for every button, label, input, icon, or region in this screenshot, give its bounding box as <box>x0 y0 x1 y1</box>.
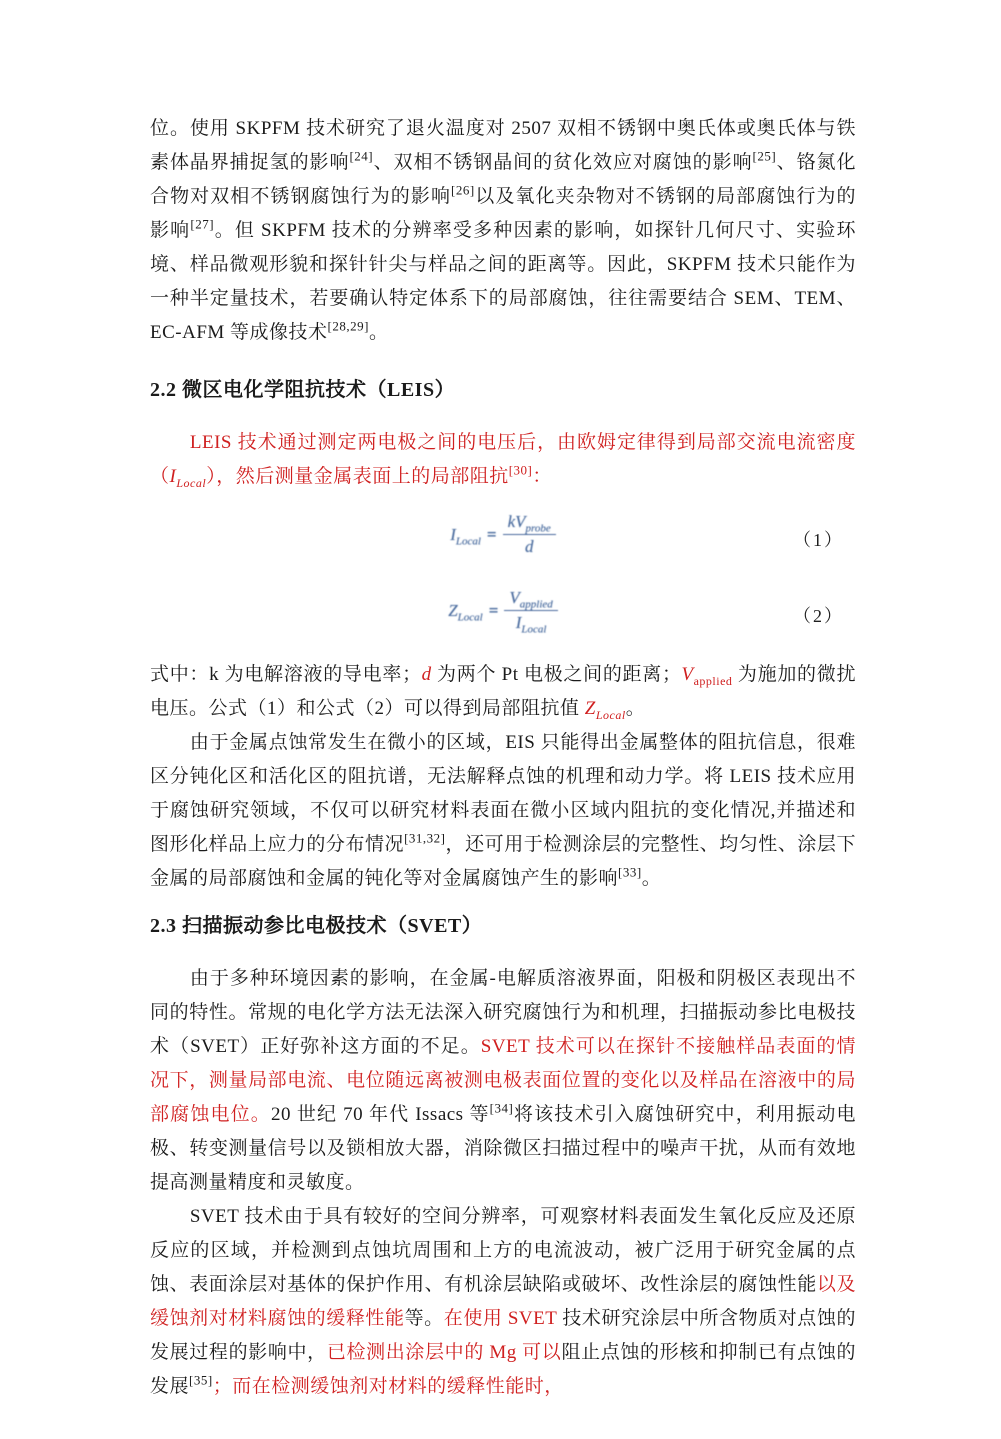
paragraph-skpfm-continuation: 位。使用 SKPFM 技术研究了退火温度对 2507 双相不锈钢中奥氏体或奥氏体… <box>150 112 856 350</box>
text-segment: 。但 SKPFM 技术的分辨率受多种因素的影响，如探针几何尺寸、实验环境、样品微… <box>150 220 856 343</box>
equation-2: ZLocal=VappliedILocal （2） <box>150 582 856 648</box>
equation-1-formula: ILocal=kVprobed <box>450 512 556 557</box>
paragraph-svet-intro: 由于多种环境因素的影响，在金属-电解质溶液界面，阳极和阴极区表现出不同的特性。常… <box>150 962 856 1200</box>
text-segment: SVET 技术由于具有较好的空间分辨率，可观察材料表面发生氧化反应及还原反应的区… <box>150 1206 856 1295</box>
text-segment: Local <box>176 476 206 490</box>
text-segment: V <box>682 664 694 685</box>
text-segment: ）， <box>206 466 236 487</box>
text-segment: 式中：k 为电解溶液的导电率； <box>150 664 422 685</box>
text-segment: 然后测量金属表面上的局部阻抗 <box>236 466 509 487</box>
equation-1-denominator: d <box>503 535 556 557</box>
text-segment: Local <box>596 708 626 722</box>
text-segment: 已检测出涂层中的 Mg 可以 <box>327 1342 562 1363</box>
equation-2-numerator: Vapplied <box>504 588 557 611</box>
text-segment: 。 <box>626 698 646 719</box>
equation-1-numerator: kVprobe <box>503 512 556 535</box>
document-page: 位。使用 SKPFM 技术研究了退火温度对 2507 双相不锈钢中奥氏体或奥氏体… <box>0 0 1001 1439</box>
text-segment: Z <box>585 698 596 719</box>
text-segment: 为两个 Pt 电极之间的距离； <box>432 664 682 685</box>
citation-superscript: [35] <box>189 1373 213 1388</box>
citation-superscript: [30] <box>509 463 533 478</box>
section-heading-2-3-svet: 2.3 扫描振动参比电极技术（SVET） <box>150 912 856 940</box>
equation-2-number: （2） <box>793 602 844 628</box>
section-heading-2-2-leis: 2.2 微区电化学阻抗技术（LEIS） <box>150 376 856 404</box>
citation-superscript: [34] <box>490 1101 514 1116</box>
text-segment: 、双相不锈钢晶间的贫化效应对腐蚀的影响 <box>373 152 752 173</box>
paragraph-leis-application: 由于金属点蚀常发生在微小的区域，EIS 只能得出金属整体的阻抗信息，很难区分钝化… <box>150 726 856 896</box>
equation-2-fraction: VappliedILocal <box>504 588 557 633</box>
paragraph-svet-application: SVET 技术由于具有较好的空间分辨率，可观察材料表面发生氧化反应及还原反应的区… <box>150 1200 856 1404</box>
equation-2-formula: ZLocal=VappliedILocal <box>448 588 558 633</box>
text-column: 位。使用 SKPFM 技术研究了退火温度对 2507 双相不锈钢中奥氏体或奥氏体… <box>150 112 856 1404</box>
text-segment: 。 <box>369 322 389 343</box>
text-segment: 等。 <box>405 1308 444 1329</box>
citation-superscript: [31,32] <box>404 831 445 846</box>
equation-1-fraction: kVprobed <box>503 512 556 557</box>
equation-2-lhs: ZLocal <box>448 601 483 621</box>
text-segment: ： <box>532 466 552 487</box>
text-segment: d <box>422 664 432 685</box>
text-segment: 在使用 SVET <box>444 1308 563 1329</box>
text-segment: 。 <box>642 868 662 889</box>
equals-sign: = <box>483 601 505 621</box>
paragraph-leis-intro: LEIS 技术通过测定两电极之间的电压后，由欧姆定律得到局部交流电流密度（ILo… <box>150 426 856 494</box>
equation-1-number: （1） <box>793 526 844 552</box>
equation-1: ILocal=kVprobed （1） <box>150 506 856 572</box>
citation-superscript: [27] <box>190 217 214 232</box>
paragraph-formula-explanation: 式中：k 为电解溶液的导电率；d 为两个 Pt 电极之间的距离；Vapplied… <box>150 658 856 726</box>
equation-1-lhs: ILocal <box>450 525 481 545</box>
citation-superscript: [24] <box>349 149 373 164</box>
citation-superscript: [28,29] <box>328 319 369 334</box>
citation-superscript: [33] <box>618 865 642 880</box>
equation-2-denominator: ILocal <box>504 611 557 633</box>
text-segment: 20 世纪 70 年代 Issacs 等 <box>271 1104 490 1125</box>
text-segment: applied <box>694 674 733 688</box>
text-segment: ；而在检测缓蚀剂对材料的缓释性能时， <box>213 1376 564 1397</box>
citation-superscript: [26] <box>451 183 475 198</box>
equals-sign: = <box>481 525 503 545</box>
citation-superscript: [25] <box>753 149 777 164</box>
